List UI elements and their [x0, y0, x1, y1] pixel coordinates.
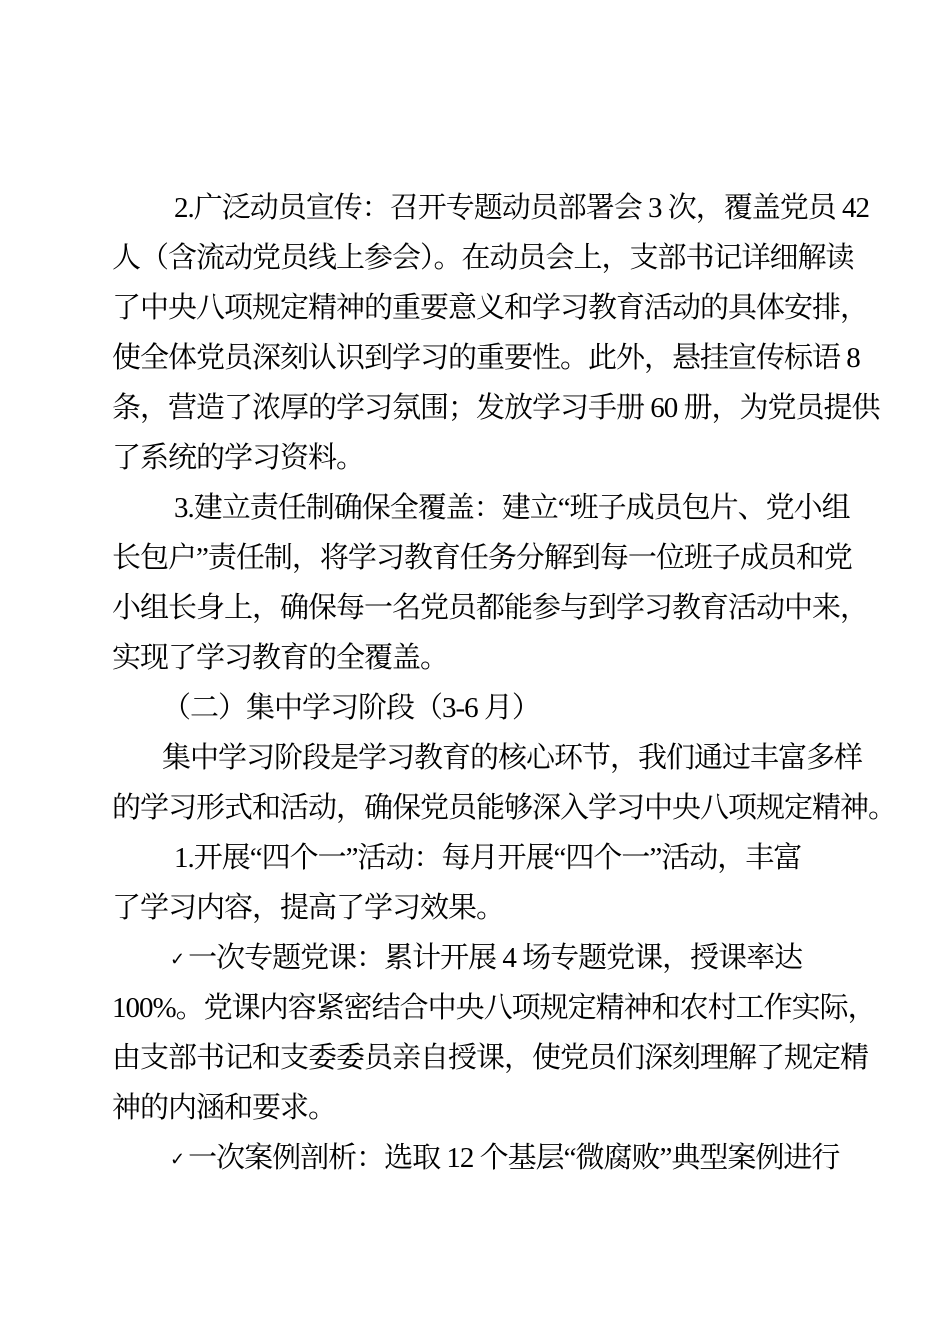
checkmark-icon: ✓: [170, 1134, 184, 1184]
text-line: 集中学习阶段是学习教育的核心环节，我们通过丰富多样: [112, 733, 840, 783]
document-text-block: 2.广泛动员宣传：召开专题动员部署会 3 次，覆盖党员 42 人（含流动党员线上…: [112, 183, 840, 1183]
checkmark-icon: ✓: [170, 934, 184, 984]
text-line: ✓一次专题党课：累计开展 4 场专题党课，授课率达: [112, 933, 840, 983]
text-line: 由支部书记和支委委员亲自授课，使党员们深刻理解了规定精: [112, 1033, 840, 1083]
text-line: 实现了学习教育的全覆盖。: [112, 633, 840, 683]
text-line: 的学习形式和活动，确保党员能够深入学习中央八项规定精神。: [112, 783, 840, 833]
text-line: 2.广泛动员宣传：召开专题动员部署会 3 次，覆盖党员 42: [112, 183, 840, 233]
section-heading-line: （二）集中学习阶段（3-6 月）: [112, 683, 840, 733]
text-line: 条，营造了浓厚的学习氛围；发放学习手册 60 册，为党员提供: [112, 383, 840, 433]
text-line: 长包户”责任制，将学习教育任务分解到每一位班子成员和党: [112, 533, 840, 583]
text-line: 神的内涵和要求。: [112, 1083, 840, 1133]
text-line: 100%。党课内容紧密结合中央八项规定精神和农村工作实际，: [112, 983, 840, 1033]
text-line: 了学习内容，提高了学习效果。: [112, 883, 840, 933]
text-line: ✓一次案例剖析：选取 12 个基层“微腐败”典型案例进行: [112, 1133, 840, 1183]
text-line: 了系统的学习资料。: [112, 433, 840, 483]
text-line: 了中央八项规定精神的重要意义和学习教育活动的具体安排，: [112, 283, 840, 333]
text-line: 人（含流动党员线上参会）。在动员会上，支部书记详细解读: [112, 233, 840, 283]
text-line-content: 一次专题党课：累计开展 4 场专题党课，授课率达: [188, 942, 802, 974]
text-line-content: 一次案例剖析：选取 12 个基层“微腐败”典型案例进行: [188, 1142, 839, 1174]
text-line: 小组长身上，确保每一名党员都能参与到学习教育活动中来，: [112, 583, 840, 633]
text-line: 1.开展“四个一”活动：每月开展“四个一”活动，丰富: [112, 833, 840, 883]
text-line: 使全体党员深刻认识到学习的重要性。此外，悬挂宣传标语 8: [112, 333, 840, 383]
text-line: 3.建立责任制确保全覆盖：建立“班子成员包片、党小组: [112, 483, 840, 533]
document-page: 2.广泛动员宣传：召开专题动员部署会 3 次，覆盖党员 42 人（含流动党员线上…: [0, 0, 950, 1344]
